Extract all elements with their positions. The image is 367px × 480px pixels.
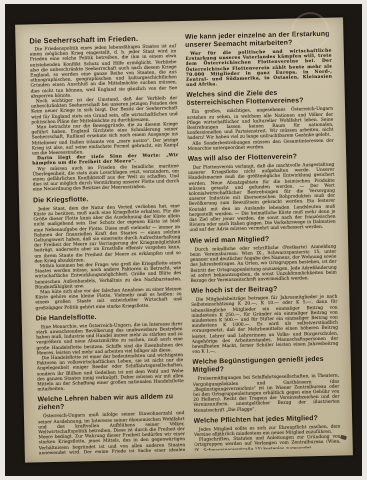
- ink-speck: [340, 435, 347, 441]
- paragraph: Preisermäßigungen bei Schiffahrtsgesells…: [193, 374, 340, 414]
- screenshot-root: { "scan": { "background_color": "#e9e8e3…: [0, 0, 367, 480]
- paragraph: Die Mitgliedsbeiträge betragen für Jahre…: [191, 295, 339, 356]
- paragraph: Ein großes, mächtiges, angesehenes Öster…: [187, 107, 334, 142]
- paragraph: Man hüte sich also vor der falschen Anna…: [35, 287, 182, 311]
- paragraph: Eine Monarchie, wie Österreich-Ungarn, d…: [36, 322, 183, 357]
- paragraph: Flugschriften, Statuten und Anleitungen …: [194, 435, 341, 451]
- paragraph: Man betrachte nur die Beweggründe, die z…: [31, 122, 178, 157]
- paragraph: Die Handelsflotte ist einer der bedeuten…: [37, 353, 184, 393]
- paragraph: Jeder Staat, dem die Natur den Vorteil v…: [33, 204, 181, 265]
- paragraph: Durch mündliche oder schriftliche (Postk…: [190, 244, 337, 284]
- left-column: Die Seeherrschaft im Frieden. Die Friede…: [29, 34, 185, 454]
- paragraph: Wir müssen auch im Frieden die feindlich…: [32, 164, 179, 193]
- scan-frame: Die Seeherrschaft im Frieden. Die Friede…: [5, 4, 362, 476]
- section-heading: Welche Begünstigungen genießt jedes Mitg…: [192, 356, 339, 375]
- two-column-layout: Die Seeherrschaft im Frieden. Die Friede…: [29, 31, 340, 455]
- section-heading: Welche Lehren haben wir aus alldem zu zi…: [38, 393, 185, 412]
- pamphlet-page: Die Seeherrschaft im Frieden. Die Friede…: [15, 17, 353, 462]
- paragraph: Noch wichtiger ist der Umstand, daß der …: [31, 96, 178, 125]
- paragraph: Wer für die politische und wirtschaftlic…: [185, 49, 332, 89]
- paragraph: Österreich-Ungarn muß infolge seiner Ein…: [38, 411, 185, 454]
- section-heading: Welches sind die Ziele des österreichisc…: [186, 89, 333, 108]
- paragraph: Die Friedenspolitik eines jeden lebensfä…: [30, 44, 178, 99]
- paragraph: Der Flottenverein verlangt, daß die mach…: [188, 163, 336, 234]
- paragraph: Mithin kommen bei der Frage: wie groß di…: [35, 261, 182, 290]
- right-column: Wie kann jeder einzelne an der Erstarkun…: [185, 31, 341, 451]
